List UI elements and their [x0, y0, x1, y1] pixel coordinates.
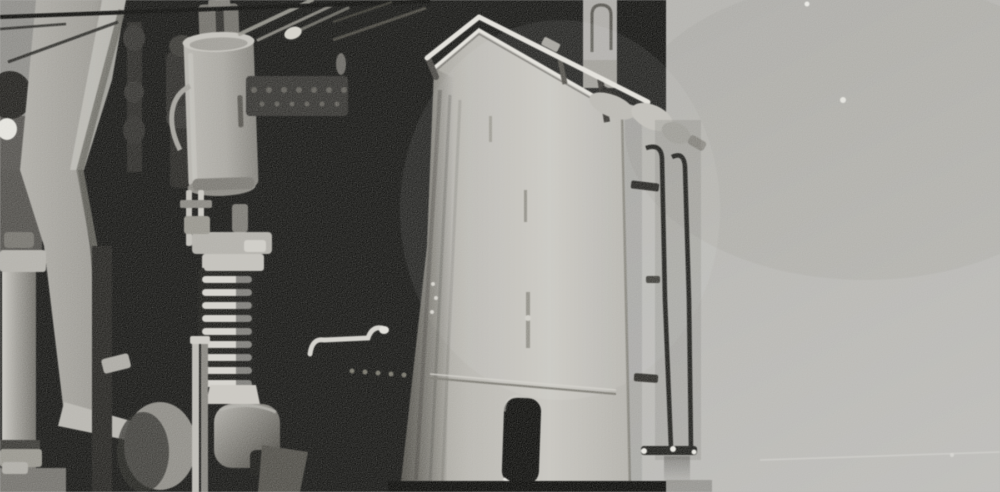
photograph-locomotive-closeup — [0, 0, 1000, 492]
film-grain-overlay — [0, 0, 1000, 492]
photo-canvas — [0, 0, 1000, 492]
